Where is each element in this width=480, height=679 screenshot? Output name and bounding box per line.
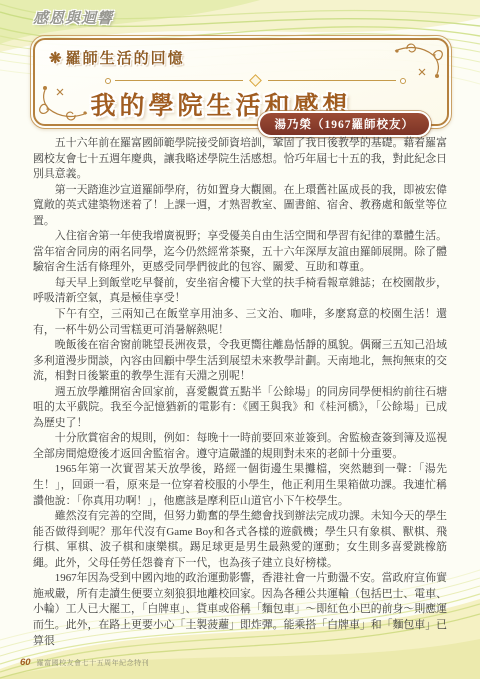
paragraph: 晚飯後在宿舍窗前眺望長洲夜景，令我更嚮往離島恬靜的風貌。偶爾三五知己沿域多利道漫… bbox=[33, 338, 447, 385]
divider-dot-icon bbox=[400, 78, 406, 84]
category-label: 羅師生活的回憶 bbox=[66, 50, 185, 67]
paragraph: 週五放學離開宿舍回家前，喜愛觀賞五點半「公餘場」的同房同學便相約前往石塘咀的太平… bbox=[33, 385, 447, 432]
paragraph: 十分欣賞宿舍的規則，例如：每晚十一時前要回來並簽到。舍監檢查簽到簿及巡視全部房間… bbox=[33, 431, 447, 462]
title-banner: ❋羅師生活的回憶 我的學院生活和感想 湯乃榮（1967羅師校友） bbox=[30, 35, 452, 129]
publication-title: 羅富國校友會七十五周年紀念特刊 bbox=[37, 658, 150, 668]
divider-dot-icon bbox=[105, 78, 111, 84]
category-heading: ❋羅師生活的回憶 bbox=[49, 47, 185, 68]
paragraph: 五十六年前在羅富國師範學院接受師資培訓，鞏固了我日後教學的基礎。藉着羅富國校友會… bbox=[33, 136, 447, 183]
title-divider bbox=[105, 76, 406, 85]
asterisk-icon: ❋ bbox=[49, 50, 64, 67]
section-label: 感恩與迴響 bbox=[33, 7, 113, 28]
paragraph: 第一天踏進沙宣道羅師學府，彷如置身大觀園。在上環舊社區成長的我，即被宏偉寬敞的英… bbox=[33, 183, 447, 230]
paragraph: 雖然沒有完善的空間，但努力勤奮的學生總會找到辦法完成功課。未知今天的學生能否做得… bbox=[33, 509, 447, 571]
author-badge: 湯乃榮（1967羅師校友） bbox=[258, 111, 432, 137]
diamond-icon bbox=[249, 74, 262, 87]
divider-line bbox=[268, 80, 396, 81]
paragraph: 1965年第一次實習某天放學後，路經一個街邊生果攤檔，突然聽到一聲：「湯先生！」… bbox=[33, 462, 447, 509]
page-number: 60 bbox=[20, 657, 31, 668]
paragraph: 每天早上到飯堂吃早餐前，安坐宿舍樓下大堂的扶手椅看報章雜誌；在校園散步，呼吸清新… bbox=[33, 276, 447, 307]
magazine-page: 感恩與迴響 bbox=[0, 0, 480, 679]
article-body: 五十六年前在羅富國師範學院接受師資培訓，鞏固了我日後教學的基礎。藉着羅富國校友會… bbox=[33, 136, 447, 649]
divider-line bbox=[115, 80, 243, 81]
page-footer: 60 羅富國校友會七十五周年紀念特刊 bbox=[20, 657, 149, 668]
paragraph: 下午有空，三兩知己在飯堂享用油多、三文治、咖啡，多麼寫意的校園生活！還有，一杯牛… bbox=[33, 307, 447, 338]
paragraph: 1967年因為受到中國內地的政治運動影響，香港社會一片動盪不安。當政府宣佈實施戒… bbox=[33, 571, 447, 649]
paragraph: 入住宿舍第一年使我增廣視野；享受優美自由生活空間和學習有紀律的羣體生活。當年宿舍… bbox=[33, 229, 447, 276]
